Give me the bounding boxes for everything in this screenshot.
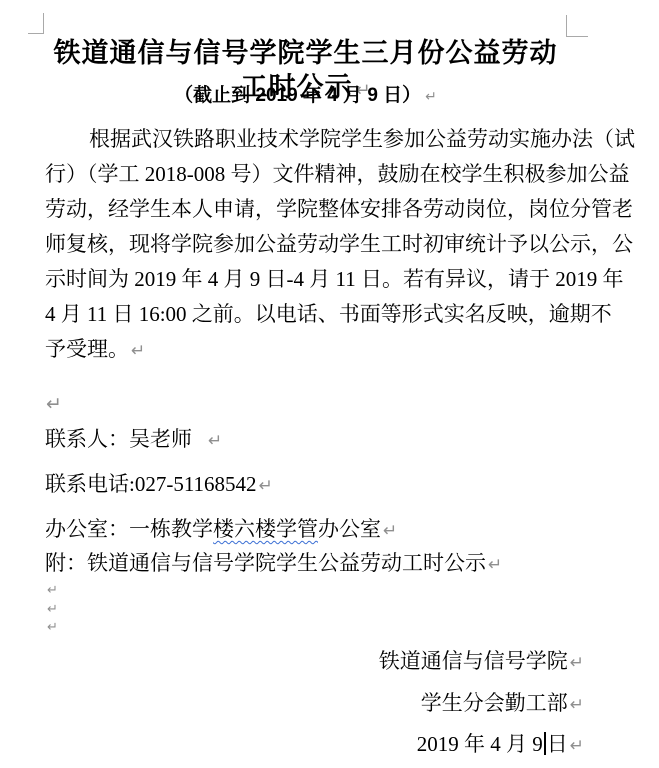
contact-phone-line[interactable]: 联系电话:027-51168542↵ <box>45 469 273 501</box>
paragraph-mark-icon: ↵ <box>570 653 584 673</box>
signature-date-text-after: 日 <box>547 732 568 756</box>
text-boundary-corner-right-icon <box>566 15 588 37</box>
body-line[interactable]: 根据武汉铁路职业技术学院学生参加公益劳动实施办法（试 <box>45 122 566 157</box>
office-text-before: 办公室：一栋教学 <box>45 517 213 541</box>
document-page[interactable]: 铁道通信与信号学院学生三月份公益劳动工时公示↵ （截止到 2019 年 4 月 … <box>0 0 659 768</box>
empty-paragraph-mark-icon: ↵ <box>47 583 58 598</box>
paragraph-mark-icon: ↵ <box>425 89 437 105</box>
body-line[interactable]: 行）（学工 2018-008 号）文件精神，鼓励在校学生积极参加公益 <box>45 157 566 192</box>
spellcheck-flagged-text[interactable]: 楼六楼学管 <box>213 517 318 541</box>
text-cursor <box>544 732 546 755</box>
attachment-line[interactable]: 附：铁道通信与信号学院学生公益劳动工时公示↵ <box>45 548 502 580</box>
contact-phone-text: 联系电话:027-51168542 <box>45 472 257 496</box>
body-paragraph[interactable]: 根据武汉铁路职业技术学院学生参加公益劳动实施办法（试 行）（学工 2018-00… <box>45 122 566 367</box>
contact-person-text: 联系人：吴老师 <box>45 427 192 451</box>
contact-person-line[interactable]: 联系人：吴老师↵ <box>45 424 222 456</box>
document-subtitle[interactable]: （截止到 2019 年 4 月 9 日）↵ <box>45 84 566 109</box>
empty-paragraph-mark-icon: ↵ <box>46 393 62 415</box>
signature-date-text-before: 2019 年 4 月 9 <box>417 732 543 756</box>
office-line[interactable]: 办公室：一栋教学楼六楼学管办公室↵ <box>45 514 397 546</box>
signature-date-line[interactable]: 2019 年 4 月 9日↵ <box>417 729 584 761</box>
empty-paragraph-mark-icon: ↵ <box>47 620 58 635</box>
body-line[interactable]: 师复核，现将学院参加公益劳动学生工时初审统计予以公示，公 <box>45 227 566 262</box>
paragraph-mark-icon: ↵ <box>488 555 502 575</box>
body-line[interactable]: 4 月 11 日 16:00 之前。以电话、书面等形式实名反映，逾期不 <box>45 297 566 332</box>
body-line[interactable]: 劳动，经学生本人申请，学院整体安排各劳动岗位，岗位分管老 <box>45 192 566 227</box>
body-line[interactable]: 示时间为 2019 年 4 月 9 日-4 月 11 日。若有异议，请于 201… <box>45 262 566 297</box>
paragraph-mark-icon: ↵ <box>259 476 273 496</box>
signature-dept-text: 学生分会勤工部 <box>421 691 568 715</box>
attachment-text: 附：铁道通信与信号学院学生公益劳动工时公示 <box>45 551 486 575</box>
body-line[interactable]: 予受理。↵ <box>45 332 566 367</box>
paragraph-mark-icon: ↵ <box>570 695 584 715</box>
office-text-after: 办公室 <box>318 517 381 541</box>
body-line-text: 予受理。 <box>45 337 129 361</box>
text-boundary-corner-left-icon <box>28 13 44 34</box>
signature-org-text: 铁道通信与信号学院 <box>379 649 568 673</box>
paragraph-mark-icon: ↵ <box>383 521 397 541</box>
paragraph-mark-icon: ↵ <box>131 341 145 361</box>
empty-paragraph-mark-icon: ↵ <box>47 602 58 617</box>
paragraph-mark-icon: ↵ <box>208 431 222 451</box>
signature-org-line[interactable]: 铁道通信与信号学院↵ <box>379 646 584 678</box>
document-subtitle-text: （截止到 2019 年 4 月 9 日） <box>174 85 421 106</box>
paragraph-mark-icon: ↵ <box>570 736 584 756</box>
signature-dept-line[interactable]: 学生分会勤工部↵ <box>421 688 584 720</box>
